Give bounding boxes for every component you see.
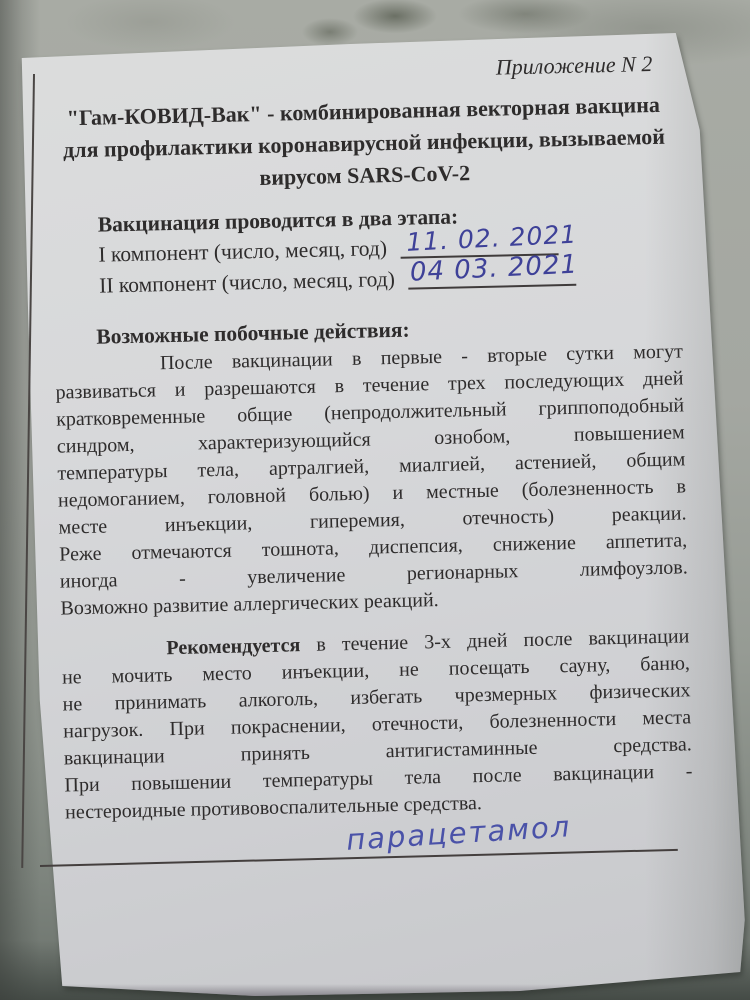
annex-label: Приложение N 2 [48, 49, 676, 90]
recommendations-paragraph: Рекомендуется в течение 3-х дней после в… [61, 623, 693, 826]
recommendations-lead: Рекомендуется [166, 634, 300, 659]
photo-of-document: Приложение N 2 "Гам-КОВИД-Вак" - комбини… [0, 0, 750, 1000]
component1-label: I компонент (число, месяц, год) [98, 236, 387, 267]
document-text-block: Приложение N 2 "Гам-КОВИД-Вак" - комбини… [36, 49, 701, 827]
component2-label: II компонент (число, месяц, год) [99, 267, 395, 298]
component2-date-blank: 04 03. 2021 [408, 260, 577, 290]
document-content: Приложение N 2 "Гам-КОВИД-Вак" - комбини… [36, 43, 701, 827]
side-effects-paragraph: После вакцинации в первые - вторые сутки… [55, 338, 689, 622]
document-title: "Гам-КОВИД-Вак" - комбинированная вектор… [49, 88, 679, 198]
